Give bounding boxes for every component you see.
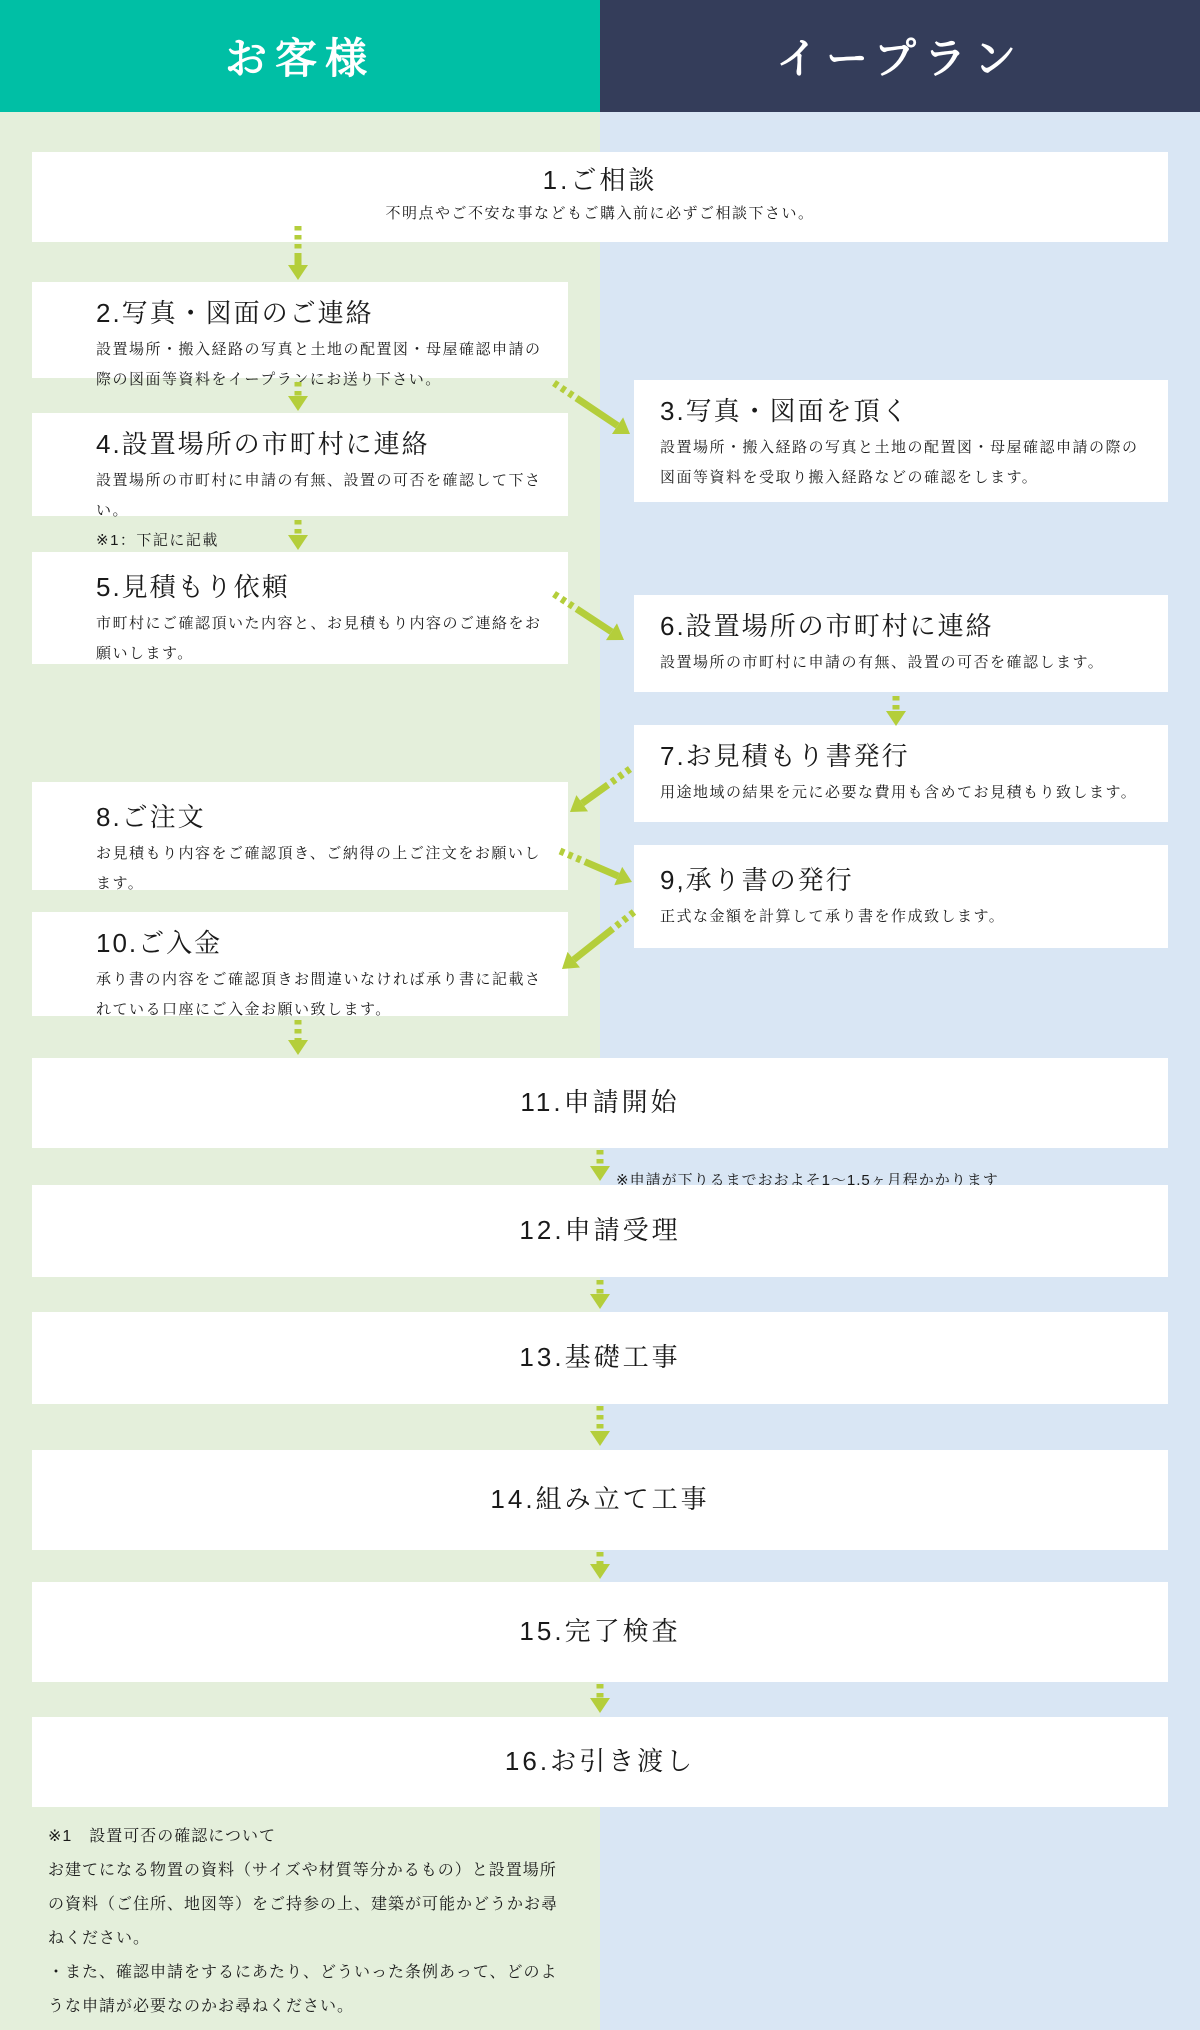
footnote-line: ・また、確認申請をするにあたり、どういった条例あって、どのよ (48, 1956, 588, 1990)
header-eplan: イープラン (600, 0, 1200, 112)
step-2-title: 2.写真・図面のご連絡 (96, 298, 554, 329)
step-7-body: 用途地域の結果を元に必要な費用も含めてお見積もり致します。 (660, 778, 1154, 808)
step-9-title: 9,承り書の発行 (660, 865, 1154, 896)
step-10-title: 10.ご入金 (96, 928, 554, 959)
footnote-line: の資料（ご住所、地図等）をご持参の上、建築が可能かどうかお尋 (48, 1888, 588, 1922)
step-1-title: 1.ご相談 (543, 165, 658, 196)
step-6-body: 設置場所の市町村に申請の有無、設置の可否を確認します。 (660, 648, 1154, 678)
step-box-13: 13.基礎工事 (32, 1312, 1168, 1404)
step-6-title: 6.設置場所の市町村に連絡 (660, 611, 1154, 642)
step-box-14: 14.組み立て工事 (32, 1450, 1168, 1550)
step-box-2: 2.写真・図面のご連絡 設置場所・搬入経路の写真と土地の配置図・母屋確認申請の際… (32, 282, 568, 378)
header-eplan-label: イープラン (776, 26, 1024, 86)
footnote-line: ねください。 (48, 1922, 588, 1956)
step-4-body: 設置場所の市町村に申請の有無、設置の可否を確認して下さい。 (96, 466, 554, 526)
footnote-line: ※1 設置可否の確認について (48, 1820, 588, 1854)
step-1-body: 不明点やご不安な事などもご購入前に必ずご相談下さい。 (385, 199, 814, 229)
step-box-1: 1.ご相談 不明点やご不安な事などもご購入前に必ずご相談下さい。 (32, 152, 1168, 242)
footnote-line: お建てになる物置の資料（サイズや材質等分かるもの）と設置場所 (48, 1854, 588, 1888)
step-box-15: 15.完了検査 (32, 1582, 1168, 1682)
step-box-10: 10.ご入金 承り書の内容をご確認頂きお間違いなければ承り書に記載されている口座… (32, 912, 568, 1016)
step-box-8: 8.ご注文 お見積もり内容をご確認頂き、ご納得の上ご注文をお願いします。 (32, 782, 568, 890)
flowchart-canvas: お客様 イープラン 1.ご相談 不明点やご不安な事などもご購入前に必ずご相談下さ… (0, 0, 1200, 2030)
header-customer-label: お客様 (225, 26, 375, 86)
step-9-body: 正式な金額を計算して承り書を作成致します。 (660, 902, 1154, 932)
step-box-4: 4.設置場所の市町村に連絡 設置場所の市町村に申請の有無、設置の可否を確認して下… (32, 413, 568, 516)
step-16-title: 16.お引き渡し (505, 1746, 695, 1777)
step-5-title: 5.見積もり依頼 (96, 572, 554, 603)
step-box-5: 5.見積もり依頼 市町村にご確認頂いた内容と、お見積もり内容のご連絡をお願いしま… (32, 552, 568, 664)
footnote-block: ※1 設置可否の確認について お建てになる物置の資料（サイズや材質等分かるもの）… (48, 1820, 588, 2024)
step-13-title: 13.基礎工事 (519, 1342, 680, 1373)
step-12-title: 12.申請受理 (519, 1215, 680, 1246)
step-15-title: 15.完了検査 (519, 1616, 680, 1647)
step-8-body: お見積もり内容をご確認頂き、ご納得の上ご注文をお願いします。 (96, 839, 554, 899)
step-10-body: 承り書の内容をご確認頂きお間違いなければ承り書に記載されている口座にご入金お願い… (96, 965, 554, 1025)
step-box-6: 6.設置場所の市町村に連絡 設置場所の市町村に申請の有無、設置の可否を確認します… (634, 595, 1168, 692)
step-box-16: 16.お引き渡し (32, 1717, 1168, 1807)
step-5-body: 市町村にご確認頂いた内容と、お見積もり内容のご連絡をお願いします。 (96, 609, 554, 669)
step-14-title: 14.組み立て工事 (490, 1484, 709, 1515)
step-box-11: 11.申請開始 (32, 1058, 1168, 1148)
step-box-12: 12.申請受理 (32, 1185, 1168, 1277)
step-box-9: 9,承り書の発行 正式な金額を計算して承り書を作成致します。 (634, 845, 1168, 948)
step-8-title: 8.ご注文 (96, 802, 554, 833)
step-box-7: 7.お見積もり書発行 用途地域の結果を元に必要な費用も含めてお見積もり致します。 (634, 725, 1168, 822)
step-4-title: 4.設置場所の市町村に連絡 (96, 429, 554, 460)
step-3-title: 3.写真・図面を頂く (660, 396, 1154, 427)
step-11-title: 11.申請開始 (520, 1087, 679, 1118)
header-customer: お客様 (0, 0, 600, 112)
step-2-body: 設置場所・搬入経路の写真と土地の配置図・母屋確認申請の際の図面等資料をイープラン… (96, 335, 554, 395)
step-7-title: 7.お見積もり書発行 (660, 741, 1154, 772)
footnote-line: うな申請が必要なのかお尋ねください。 (48, 1990, 588, 2024)
step-box-3: 3.写真・図面を頂く 設置場所・搬入経路の写真と土地の配置図・母屋確認申請の際の… (634, 380, 1168, 502)
step-3-body: 設置場所・搬入経路の写真と土地の配置図・母屋確認申請の際の図面等資料を受取り搬入… (660, 433, 1154, 493)
